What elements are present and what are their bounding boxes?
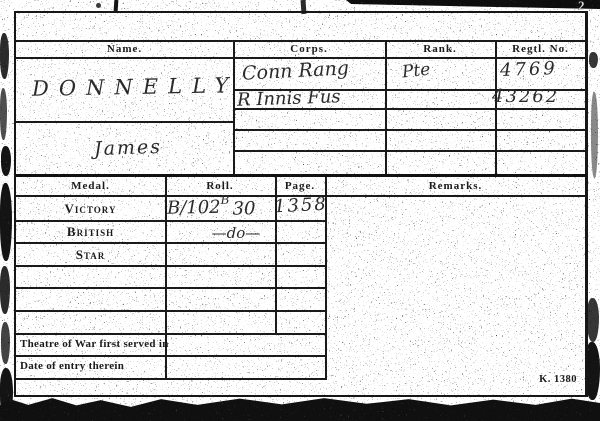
british-roll-ditto-mark: —do— [184,224,288,242]
corps-value-2: R Innis Fus [237,86,341,111]
medal-row-star-label: Star [16,247,165,263]
rule [233,40,235,174]
forename-value: James [94,136,163,160]
page-column-header: Page. [275,180,325,192]
rule [16,310,325,312]
victory-page-value: 1358 [273,194,328,218]
rank-column-header: Rank. [385,43,495,55]
roll-column-header: Roll. [165,180,275,192]
corps-value-1: Conn Rang [241,57,349,85]
regtl-no-value-2: 43262 [492,86,559,107]
rank-value: Pte [401,60,431,83]
corps-column-header: Corps. [233,43,385,55]
scan-artifact-left-edge [1,146,11,176]
medal-row-british-label: British [16,224,165,240]
remarks-column-header: Remarks. [325,180,586,192]
rule [385,40,387,174]
rule [16,40,586,42]
victory-roll-tail: 30 [232,198,255,219]
rule [233,150,586,152]
victory-roll-superscript: B [220,193,229,207]
rule [495,40,497,174]
rule [16,220,325,222]
regtl-no-value-1: 4769 [500,58,559,81]
scan-artifact-left-edge [0,266,10,314]
scan-artifact-bottom-band [0,396,600,421]
medal-row-victory-label: Victory [16,201,165,217]
regtl-no-column-header: Regtl. No. [495,43,586,55]
rule [16,265,325,267]
scan-artifact-left-edge [0,33,9,79]
theatre-of-war-label: Theatre of War first served in [20,338,169,350]
scan-artifact-dot [96,3,101,8]
victory-roll-main: B/102 [167,197,221,219]
scan-artifact-right-edge [587,298,599,342]
rule [16,242,325,244]
medal-index-card-scan: 2 Name. [0,0,600,421]
rule [233,129,586,131]
rule [16,121,233,123]
scan-artifact-right-edge [591,92,598,178]
form-code: K. 1380 [539,374,577,385]
surname-value: DONNELLY [32,73,239,101]
name-column-header: Name. [16,43,233,55]
rule [16,378,325,380]
section-divider-rule [16,174,586,177]
rule [16,355,325,357]
medal-column-header: Medal. [16,180,165,192]
card-border: Name. Corps. Rank. Regtl. No. DONNELLY J… [14,11,588,397]
scan-artifact-top-band [346,0,600,9]
date-of-entry-label: Date of entry therein [20,360,124,372]
scan-artifact-tick [114,0,119,11]
victory-roll-value: B/102B30 [167,194,256,219]
scan-artifact-left-edge [0,183,12,261]
scan-artifact-left-edge [0,88,7,140]
rule [16,333,325,335]
rule [16,287,325,289]
scan-artifact-right-edge [589,52,598,68]
scan-artifact-left-edge [1,322,10,364]
